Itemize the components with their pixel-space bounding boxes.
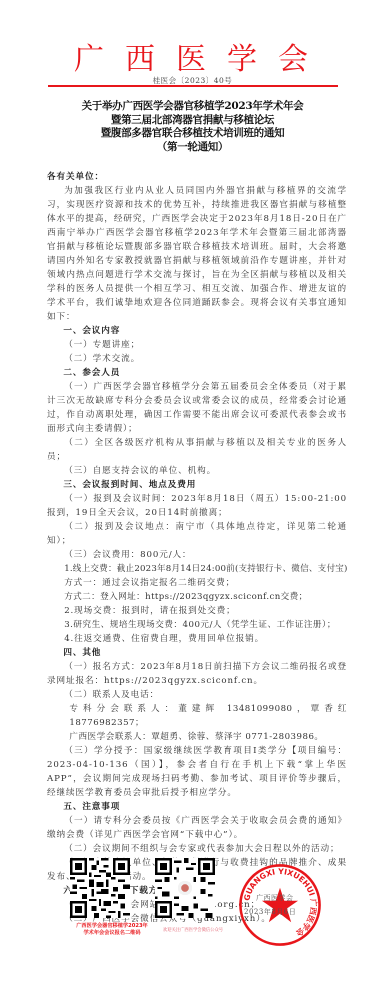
section-item: （三）自愿支持会议的单位、机构。: [47, 464, 347, 478]
section-item: （二）学术交流。: [47, 352, 347, 366]
section-item: （一）专题讲座；: [47, 338, 347, 352]
registration-qr-code-icon[interactable]: [70, 858, 130, 918]
registration-qr-caption: 广西医学会器官移植学2023年 学术年会会议报名二维码: [62, 923, 162, 937]
fee-item: 1.线上交费：截止2023年8月14日24:00前(支持银行卡、微信、支付宝): [47, 562, 347, 576]
registration-item[interactable]: （一）报名方式：2023年8月18日前扫描下方会议二维码报名或登录网址报名：ht…: [47, 660, 347, 688]
section-item: （二）联系人及电话：: [47, 688, 347, 702]
title-line: （第一轮通知）: [0, 141, 385, 155]
contact-line: 广西医学会联系人：覃超勇、徐蓉、蔡泽宇 0771-2803986。: [47, 730, 347, 744]
seal-date: 2023年8月6日: [244, 907, 296, 917]
seal-signer: 广西医学会: [256, 893, 294, 903]
section-item: （三）学分授予：国家级继续医学教育项目Ⅰ类学分【项目编号：2023-04-10-…: [47, 744, 347, 800]
header-divider: [48, 85, 338, 87]
notice-document: 广西医学会 桂医会〔2023〕40号 关于举办广西医学会器官移植学2023年学术…: [0, 0, 385, 1000]
section-item: （一）广西医学会器官移植学分会第五届委员会全体委员（对于累计三次无故缺席专科分会…: [47, 380, 347, 436]
wechat-qr-caption: 欢迎关注广西医学会微信公众号: [148, 928, 238, 934]
intro-paragraph: 为加强我区行业内从业人员同国内外器官捐献与移植界的交流学习，实现医疗资源和技术的…: [47, 184, 347, 324]
fee-item-url[interactable]: 方式二：登入网址：https://2023qgyzx.sciconf.cn交费；: [47, 590, 347, 604]
caption-line: 广西医学会器官移植学2023年: [62, 923, 162, 930]
notice-title: 关于举办广西医学会器官移植学2023年学术年会 暨第三届北部湾器官捐献与移植论坛…: [0, 100, 385, 154]
section-heading-attendees: 二、参会人员: [47, 366, 347, 380]
title-line: 暨腹部多器官联合移植技术培训班的通知: [0, 127, 385, 141]
notice-body: 各有关单位： 为加强我区行业内从业人员同国内外器官捐献与移植界的交流学习，实现医…: [47, 170, 347, 926]
contact-line: 专科分会联系人：董建辉 13481099080，覃香红 18776982357；: [47, 702, 347, 730]
official-seal-icon: GUANGXI YIXUEHUI 广西医学会: [237, 862, 323, 948]
section-heading-other: 四、其他: [47, 646, 347, 660]
org-name-header: 广西医学会: [0, 42, 385, 78]
section-heading-notes: 五、注意事项: [47, 800, 347, 814]
section-heading-content: 一、会议内容: [47, 324, 347, 338]
wechat-qr-code-icon[interactable]: [155, 858, 215, 918]
title-line: 关于举办广西医学会器官移植学2023年学术年会: [0, 100, 385, 114]
fee-item: 方式一：通过会议指定报名二维码交费；: [47, 576, 347, 590]
section-item: （二）全区各级医疗机构从事捐献与移植以及相关专业的医务人员；: [47, 436, 347, 464]
section-item: （二）报到及会议地点：南宁市（具体地点待定，详见第二轮通知）；: [47, 520, 347, 548]
fee-item: 2.现场交费：报到时，请在报到处交费；: [47, 604, 347, 618]
fee-item: 4.往返交通费、住宿费自理，费用回单位报销。: [47, 632, 347, 646]
caption-line: 学术年会会议报名二维码: [62, 930, 162, 937]
title-line: 暨第三届北部湾器官捐献与移植论坛: [0, 114, 385, 128]
section-item: （三）会议费用：800元/人：: [47, 548, 347, 562]
fee-item: 3.研究生、规培生现场交费：400元/人（凭学生证、工作证注册）；: [47, 618, 347, 632]
section-heading-time-place-fees: 三、会议报到时间、地点及费用: [47, 478, 347, 492]
section-item: （一）请专科分会委员按《广西医学会关于收取会员会费的通知》缴纳会费（详见广西医学…: [47, 814, 347, 842]
section-item: （一）报到及会议时间：2023年8月18日（周五）15:00-21:00报到，1…: [47, 492, 347, 520]
salutation: 各有关单位：: [47, 170, 347, 184]
section-item: （二）会议期间不组织与会专家或代表参加大会日程以外的活动；: [47, 842, 347, 856]
